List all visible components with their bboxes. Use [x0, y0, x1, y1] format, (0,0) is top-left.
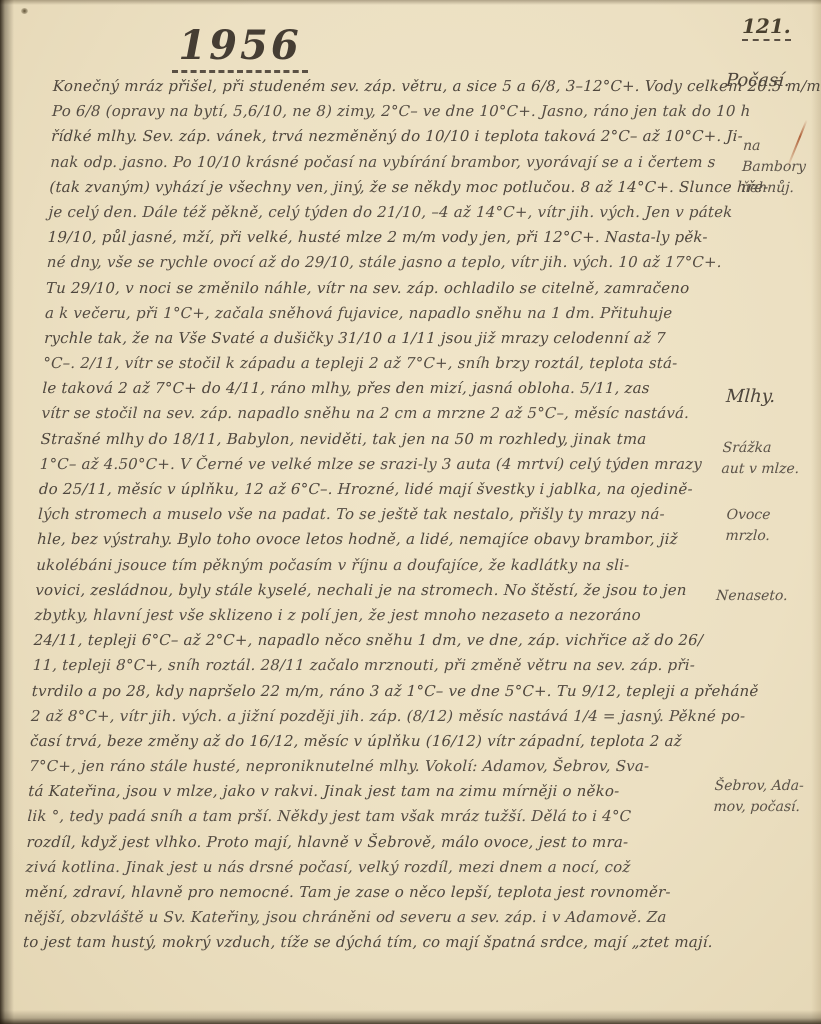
- journal-line: časí trvá, beze změny až do 16/12, měsíc…: [30, 729, 699, 754]
- margin-note-line: Srážka: [722, 438, 801, 459]
- margin-note-line: Nenaseto.: [715, 586, 788, 607]
- journal-line: 7°C+, jen ráno stále husté, neproniknute…: [29, 754, 698, 779]
- journal-line: Tu 29/10, v noci se změnilo náhle, vítr …: [45, 276, 714, 301]
- margin-note-line: aut v mlze.: [721, 459, 800, 480]
- year-title-text: 1956: [172, 22, 307, 73]
- journal-line: řídké mlhy. Sev. záp. vánek, trvá nezměn…: [51, 124, 720, 149]
- page-number: 121.: [742, 14, 791, 41]
- journal-line: (tak zvaným) vyhází je všechny ven, jiný…: [49, 175, 718, 200]
- journal-line: le taková 2 až 7°C+ do 4/11, ráno mlhy, …: [42, 376, 711, 401]
- margin-note-line: Šebrov, Ada-: [714, 776, 804, 797]
- paper-crease-mark: [786, 120, 807, 169]
- journal-line: 2 až 8°C+, vítr jih. vých. a jižní pozdě…: [31, 704, 700, 729]
- journal-line: lých stromech a muselo vše na padat. To …: [38, 502, 707, 527]
- journal-line: nak odp. jasno. Po 10/10 krásné počasí n…: [50, 150, 719, 175]
- margin-note: Ovocemrzlo.: [725, 505, 772, 547]
- journal-line: °C–. 2/11, vítr se stočil k západu a tep…: [43, 351, 712, 376]
- margin-note-line: mrzlo.: [725, 526, 771, 547]
- page-number-text: 121.: [742, 14, 791, 41]
- journal-line: do 25/11, měsíc v úplňku, 12 až 6°C–. Hr…: [38, 477, 707, 502]
- margin-note: Šebrov, Ada-mov, počasí.: [713, 776, 804, 818]
- journal-line: hle, bez výstrahy. Bylo toho ovoce letos…: [37, 527, 706, 552]
- journal-line: vítr se stočil na sev. záp. napadlo sněh…: [41, 401, 710, 426]
- journal-line: tvrdilo a po 28, kdy napršelo 22 m/m, rá…: [31, 679, 700, 704]
- margin-note-line: mov, počasí.: [713, 797, 803, 818]
- margin-note: Nenaseto.: [715, 586, 788, 607]
- journal-line: zbytky, hlavní jest vše sklizeno i z pol…: [34, 603, 703, 628]
- paper-speck: [21, 8, 28, 14]
- journal-line: vovici, zesládnou, byly stále kyselé, ne…: [35, 578, 704, 603]
- journal-line: mění, zdraví, hlavně pro nemocné. Tam je…: [24, 880, 693, 905]
- journal-line: je celý den. Dále též pěkně, celý týden …: [48, 200, 717, 225]
- journal-line: 19/10, půl jasné, mží, při velké, husté …: [47, 225, 716, 250]
- margin-note: Srážkaaut v mlze.: [721, 438, 801, 480]
- journal-line: Konečný mráz přišel, při studeném sev. z…: [53, 74, 722, 99]
- journal-line: to jest tam hustý, mokrý vzduch, tíže se…: [23, 930, 692, 955]
- diary-page: 1956 121. Konečný mráz přišel, při stude…: [0, 0, 821, 1024]
- journal-line: tá Kateřina, jsou v mlze, jako v rakvi. …: [28, 779, 697, 804]
- journal-line: 11, tepleji 8°C+, sníh roztál. 28/11 zač…: [32, 653, 701, 678]
- journal-line: lik °, tedy padá sníh a tam prší. Někdy …: [27, 804, 696, 829]
- margin-note-line: Bambory: [741, 157, 806, 178]
- journal-line: ukolébáni jsouce tím pěkným počasím v ří…: [36, 553, 705, 578]
- journal-line: nější, obzvláště u Sv. Kateřiny, jsou ch…: [23, 905, 692, 930]
- margin-note-line: Ovoce: [726, 505, 772, 526]
- journal-line: né dny, vše se rychle ovocí až do 29/10,…: [46, 250, 715, 275]
- journal-line: rychle tak, že na Vše Svaté a dušičky 31…: [44, 326, 713, 351]
- year-title: 1956: [0, 22, 480, 73]
- journal-line: a k večeru, při 1°C+, začala sněhová fuj…: [45, 301, 714, 326]
- journal-text: Konečný mráz přišel, při studeném sev. z…: [23, 74, 722, 956]
- journal-line: Po 6/8 (opravy na bytí, 5,6/10, ne 8) zi…: [52, 99, 721, 124]
- journal-line: 24/11, tepleji 6°C– až 2°C+, napadlo něc…: [33, 628, 702, 653]
- margin-note: Mlhy.: [725, 386, 775, 407]
- journal-line: 1°C– až 4.50°C+. V Černé ve velké mlze s…: [39, 452, 708, 477]
- journal-line: rozdíl, když jest vlhko. Proto mají, hla…: [26, 830, 695, 855]
- margin-note-line: Mlhy.: [725, 386, 775, 407]
- journal-line: Strašné mlhy do 18/11, Babylon, neviděti…: [40, 427, 709, 452]
- journal-line: zivá kotlina. Jinak jest u nás drsné poč…: [25, 855, 694, 880]
